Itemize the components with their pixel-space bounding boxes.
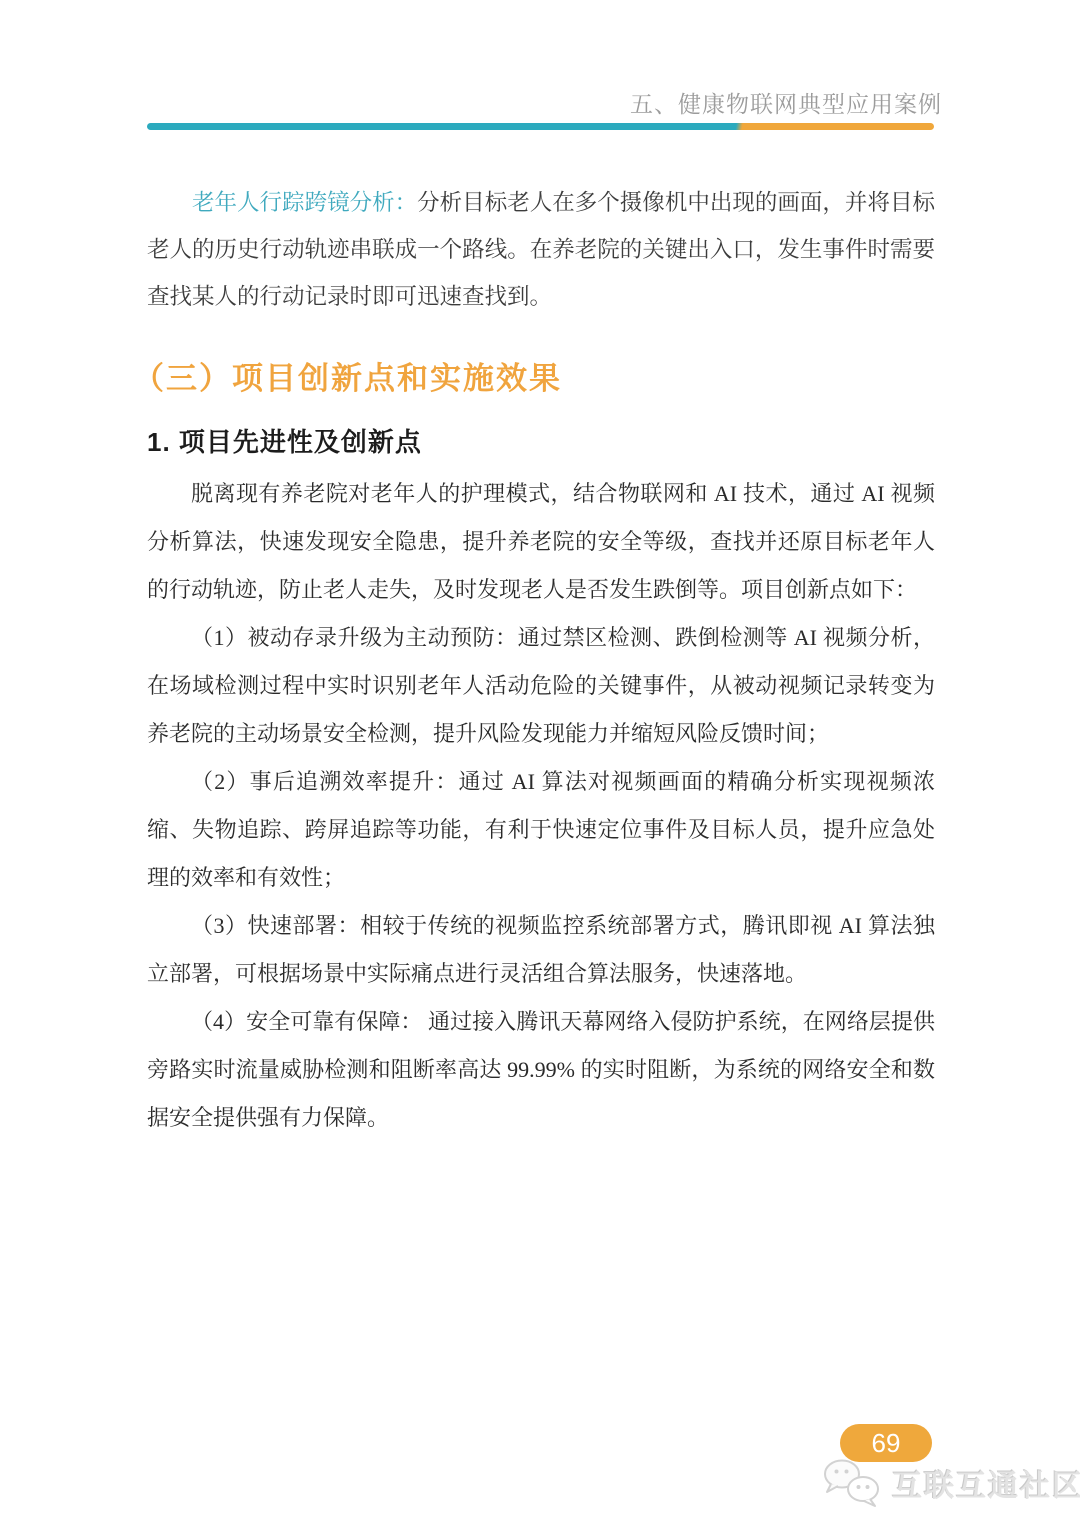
body-paragraph: （1）被动存录升级为主动预防：通过禁区检测、跌倒检测等 AI 视频分析，在场域检…	[147, 614, 935, 758]
body-text-block: 脱离现有养老院对老年人的护理模式，结合物联网和 AI 技术，通过 AI 视频分析…	[147, 470, 935, 1142]
body-paragraph: （4）安全可靠有保障： 通过接入腾讯天幕网络入侵防护系统，在网络层提供旁路实时流…	[147, 998, 935, 1142]
document-page: 五、健康物联网典型应用案例 老年人行踪跨镜分析：分析目标老人在多个摄像机中出现的…	[0, 0, 1080, 1525]
subsection-heading: 1. 项目先进性及创新点	[147, 426, 422, 458]
intro-paragraph: 老年人行踪跨镜分析：分析目标老人在多个摄像机中出现的画面，并将目标老人的历史行动…	[147, 179, 935, 320]
chat-bubbles-icon	[820, 1458, 886, 1508]
section-heading: （三）项目创新点和实施效果	[133, 358, 562, 400]
page-number-badge: 69	[840, 1424, 932, 1462]
watermark-text: 互联互通社区	[892, 1461, 1080, 1505]
body-paragraph: （3）快速部署：相较于传统的视频监控系统部署方式，腾讯即视 AI 算法独立部署，…	[147, 902, 935, 998]
body-paragraph: 脱离现有养老院对老年人的护理模式，结合物联网和 AI 技术，通过 AI 视频分析…	[147, 470, 935, 614]
running-header-title: 五、健康物联网典型应用案例	[630, 86, 942, 119]
watermark: 互联互通社区	[820, 1458, 1080, 1508]
intro-lead-term: 老年人行踪跨镜分析：	[192, 190, 417, 215]
header-rule	[147, 123, 934, 130]
body-paragraph: （2）事后追溯效率提升：通过 AI 算法对视频画面的精确分析实现视频浓缩、失物追…	[147, 758, 935, 902]
